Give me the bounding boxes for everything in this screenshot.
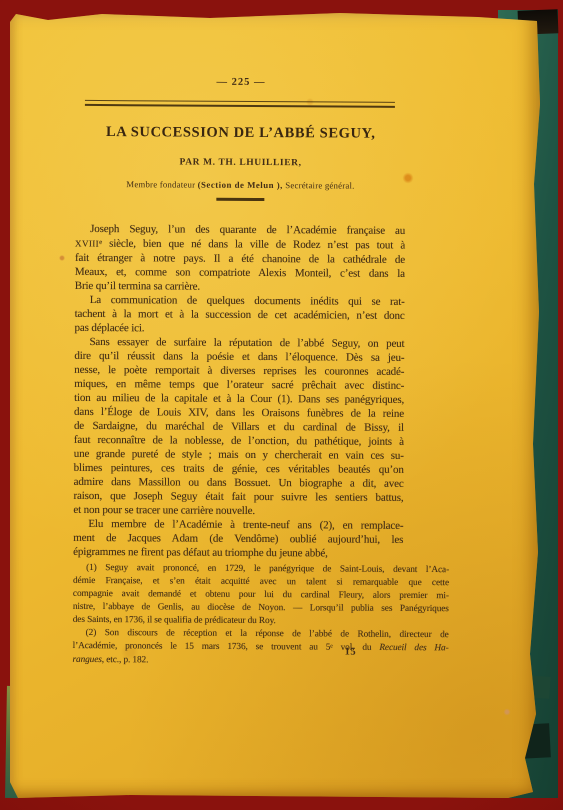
text-line: admire dans Massillon ou dans Bossuet. U… [74,474,404,490]
text-line: nesse, le poète remportait à diverses re… [74,362,404,378]
text-line: et non pour se tracer une carrière nouve… [73,502,403,518]
text-line: faut reconnaître de la noblesse, de l’on… [74,432,404,448]
text-line: La communication de quelques documents i… [75,292,405,308]
text-run: Secrétaire général. [283,180,355,190]
header-double-rule [85,100,395,108]
text-line: Brie qu’il termina sa carrière. [75,278,405,294]
text-line: de Sardaigne, du maréchal de Villars et … [74,418,404,434]
text-run: l’Académie, prononcés le 15 mars 1736, s… [73,641,331,653]
text-line: tion au milieu de la capitale et à la Co… [74,390,404,406]
text-line: ment de Jacques Adam (de Vendôme) oublié… [73,530,403,546]
text-line: Sans essayer de surfaire la réputation d… [74,334,404,350]
text-line: fait étranger à notre pays. Il a été cha… [75,250,405,266]
text-line: dire qu’il réussit dans la poésie et dan… [74,348,404,364]
printer-signature: 15 [345,647,357,658]
text-run: Membre fondateur [126,179,197,189]
text-line: Meaux, et, comme son compatriote Alexis … [75,264,405,280]
article-title: LA SUCCESSION DE L’ABBÉ SEGUY, [76,124,406,143]
text-run: siècle, bien que né dans la ville de Rod… [102,238,405,252]
text-run: XVIII [75,238,99,248]
author-affiliation: Membre fondateur (Section de Melun ), Se… [75,179,405,191]
text-line: blimes peintures, ces traits de génie, c… [74,460,404,476]
text-run: rangues [73,654,102,664]
footnotes-block: (1) Seguy avait prononcé, en 1729, le pa… [72,562,449,669]
text-run: , etc., p. 182. [102,655,149,665]
text-line: raison, que Joseph Seguy était fait pour… [73,488,403,504]
text-line: une grande pureté de style ; mais on y c… [74,446,404,462]
book-page: — 225 — LA SUCCESSION DE L’ABBÉ SEGUY, P… [10,12,542,798]
text-line: XVIIIe siècle, bien que né dans la ville… [75,236,405,253]
footnote-line: rangues, etc., p. 182. [72,653,448,668]
text-line: dans l’Éloge de Louis XIV, dans les Orai… [74,404,404,420]
page-content: — 225 — LA SUCCESSION DE L’ABBÉ SEGUY, P… [72,12,407,800]
text-line: tachent à la mort et à la succession de … [75,306,405,322]
scanned-book-photo: — 225 — LA SUCCESSION DE L’ABBÉ SEGUY, P… [0,0,563,810]
text-line: épigrammes ne firent pas défaut au triom… [73,544,403,560]
text-run: Recueil des Ha- [379,643,448,653]
text-line: Elu membre de l’Académie à trente-neuf a… [73,516,403,532]
text-line: miques, en même temps que l’orateur sacr… [74,376,404,392]
section-divider-rule [216,198,264,201]
text-run: (Section de Melun ), [198,180,283,191]
author-byline: PAR M. TH. LHUILLIER, [76,157,406,169]
text-line: pas déplacée ici. [75,320,405,336]
page-number: — 225 — [76,76,406,89]
article-body: Joseph Seguy, l’un des quarante de l’Aca… [73,222,405,561]
